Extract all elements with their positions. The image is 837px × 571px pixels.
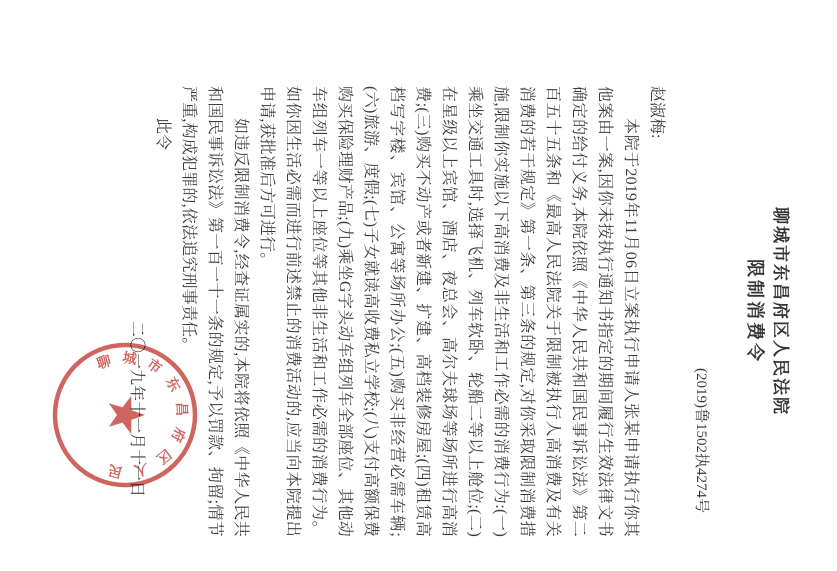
body-paragraph-2: 如违反限制消费令,经查证属实的,本院将依照《中华人民共和国民事诉讼法》第一百一十… bbox=[175, 86, 253, 537]
case-number: (2019)鲁1502执4274号 bbox=[689, 86, 713, 513]
document-title: 限制消费令 bbox=[743, 86, 767, 537]
scanned-page: 聊城市东昌府区人民法院 限制消费令 (2019)鲁1502执4274号 赵淑梅:… bbox=[0, 0, 837, 571]
decree-closing: 此令 bbox=[149, 86, 175, 537]
court-name: 聊城市东昌府区人民法院 bbox=[769, 86, 791, 537]
addressee-name: 赵淑梅: bbox=[643, 86, 669, 537]
body-paragraph-1: 本院于2019年11月06日立案执行申请人张某申请执行你其他案由一案,因你未按执… bbox=[253, 86, 643, 537]
document-sheet: 聊城市东昌府区人民法院 限制消费令 (2019)鲁1502执4274号 赵淑梅:… bbox=[0, 0, 837, 571]
issue-date: 二〇一九年十一月十一日 bbox=[123, 86, 149, 497]
